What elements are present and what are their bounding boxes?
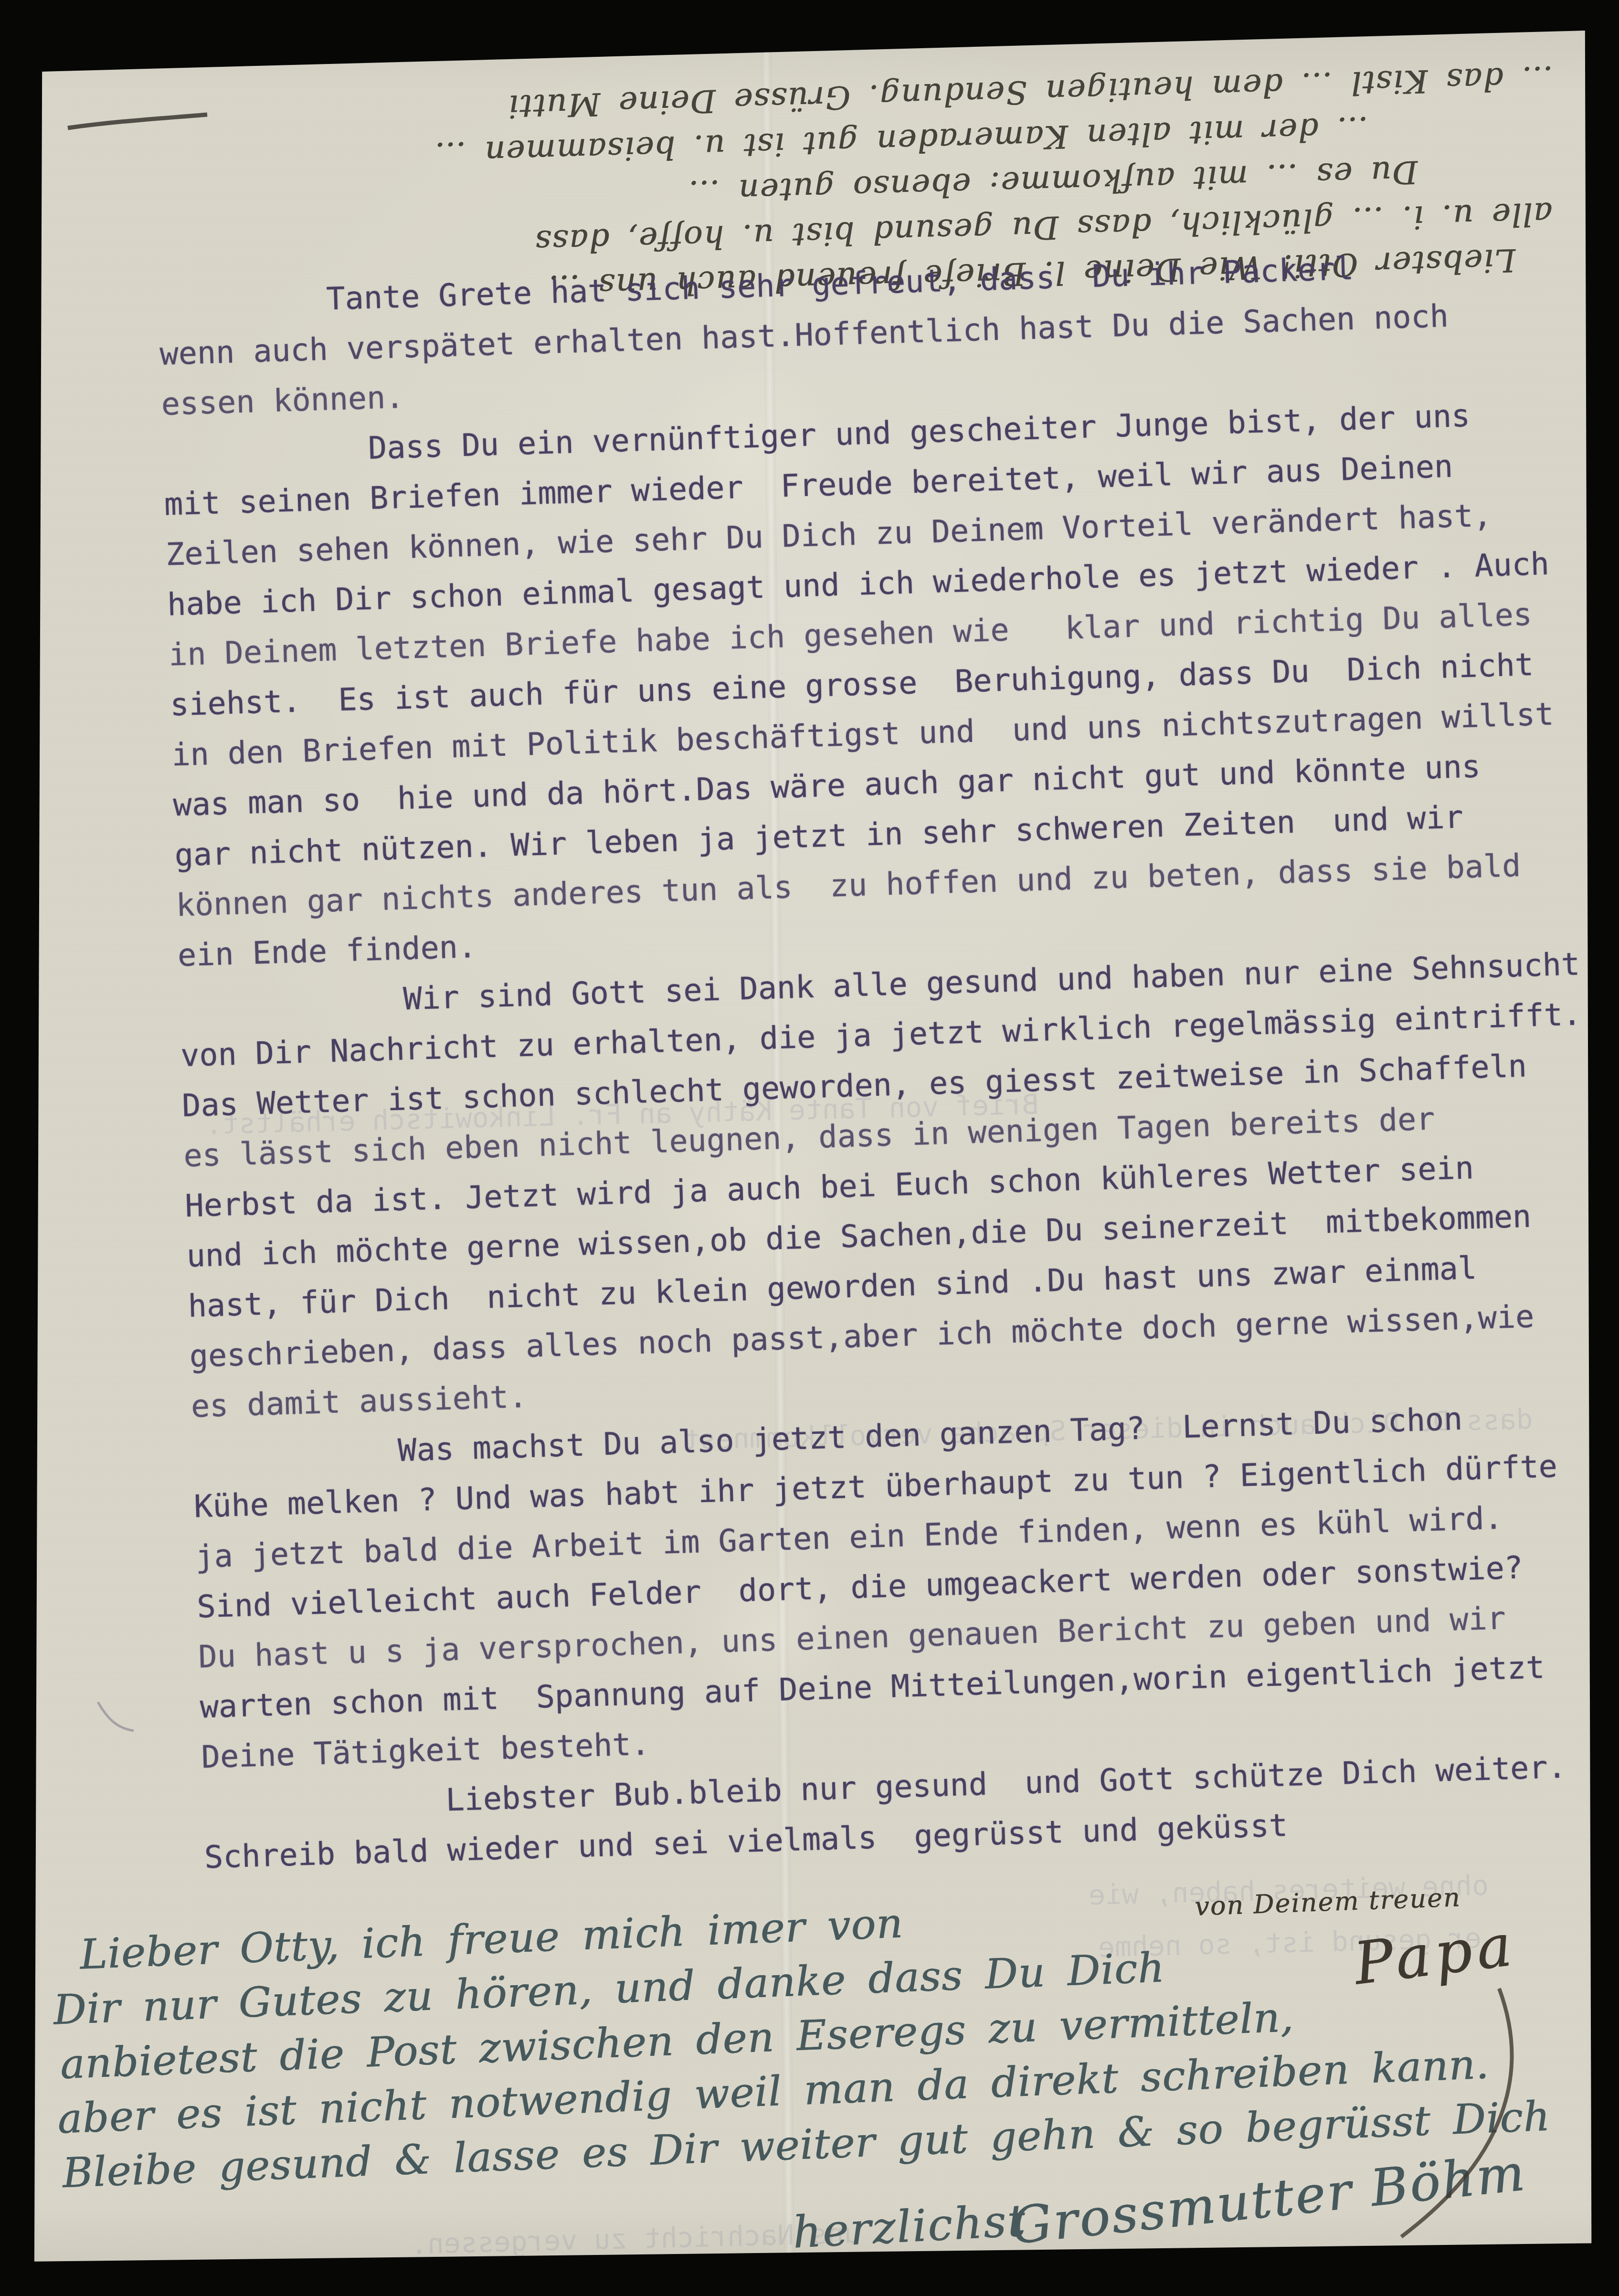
typed-line: es lässt sich eben nicht leugnen, dass i… [183,1090,1585,1181]
handwriting-line: aber es ist nicht notwendig weil man da … [56,2035,1549,2147]
bleedthrough-fragment: dass Du Dich auch in dieser Sprache verv… [682,1403,1533,1456]
ink-flourishes [0,0,1619,2296]
grandmother-note-lines: Lieber Otty, ich freue mich imer vonDir … [50,1872,1551,2201]
typed-line: Dass Du ein vernünftiger und gescheiter … [162,388,1564,480]
typed-line: Deine Tätigkeit besteht. [201,1691,1603,1783]
typed-line: ein Ende finden. [177,889,1579,981]
handwriting-line: anbietest die Post zwischen den Eseregs … [59,1980,1547,2092]
papa-flourish-stroke [1401,1989,1512,2237]
typed-line: Tante Grete hat sich sehr gefreut, dass … [158,238,1560,329]
handwritten-note-top-lines: Liebster Otti! Wie Deine l. Briefe freue… [50,54,1574,324]
typed-line: habe ich Dir schon einmal gesagt und ich… [167,539,1569,630]
typed-letter-body: Tante Grete hat sich sehr gefreut, dass … [158,238,1606,1883]
typed-line: warten schon mit Spannung auf Deine Mitt… [199,1641,1601,1733]
paper-watermark [611,296,878,611]
papa-signature: Papa [1350,1911,1520,1998]
bleedthrough-fragment: Brief von Tante Käthy an Fr. Linkowitsch… [205,1088,1039,1141]
typed-line: und ich möchte gerne wissen,ob die Sache… [186,1190,1588,1281]
grandmother-note: Lieber Otty, ich freue mich imer vonDir … [50,1872,1551,2201]
bleedthrough-fragment: ohne weiteres haben, wie [1088,1869,1489,1911]
typed-line: in Deinem letzten Briefe habe ich gesehe… [168,589,1570,680]
typed-line: Das Wetter ist schon schlecht geworden, … [181,1039,1584,1131]
typed-line: Du hast u s ja versprochen, uns einen ge… [198,1591,1600,1682]
papa-signoff: von Deinem treuen Papa [1194,1880,1518,2003]
paper-watermark [597,1026,902,1389]
letter-paper: Brief von Tante Käthy an Fr. Linkowitsch… [0,0,1619,2296]
handwritten-note-top: Liebster Otti! Wie Deine l. Briefe freue… [50,54,1574,324]
typed-line: ja jetzt bald die Arbeit im Garten ein E… [195,1491,1597,1582]
bleedthrough-fragment: uns Nachricht zu vergessen. [410,2217,861,2260]
handwriting-line: alle u. i. … glücklich, dass Du gesund b… [53,191,1553,278]
typed-line: gar nicht nützen. Wir leben ja jetzt in … [174,789,1576,880]
typed-line: Schreib bald wieder und sei vielmals geg… [204,1791,1606,1883]
typed-line: siehst. Es ist auch für uns eine grosse … [169,639,1572,730]
grandmother-signature: Grossmutter Böhm [1008,2143,1529,2256]
handwriting-line: Dir nur Gutes zu hören, und danke dass D… [52,1926,1545,2038]
handwriting-line: Du es … mit aufkomme: ebenso guten … [52,149,1418,233]
typed-line: Was machst Du also jetzt den ganzen Tag?… [192,1390,1594,1482]
letter-scan: Brief von Tante Käthy an Fr. Linkowitsch… [0,0,1619,2296]
typed-line: hast, für Dich nicht zu klein geworden s… [187,1240,1589,1332]
closing-word: herzlichst [792,2195,1028,2258]
typed-line: von Dir Nachricht zu erhalten, die ja je… [180,989,1582,1081]
typed-line: Wir sind Gott sei Dank alle gesund und h… [179,939,1581,1031]
typed-line: geschrieben, dass alles noch passt,aber … [189,1290,1591,1382]
fold-crease [761,38,795,2263]
stray-ink-mark [98,1702,134,1731]
typed-line: was man so hie und da hört.Das wäre auch… [172,739,1575,830]
handwriting-line: … das Kistl … dem heutigen Sendung. Grüs… [50,55,1554,142]
typed-line-list: Tante Grete hat sich sehr gefreut, dass … [158,238,1606,1883]
handwriting-line: Lieber Otty, ich freue mich imer von [79,1872,1543,1982]
handwriting-line: … der mit alten Kameraden gut ist u. bei… [51,105,1370,187]
typed-line: Zeilen sehen können, wie sehr Du Dich zu… [165,488,1567,580]
typed-line: können gar nichts anderes tun als zu hof… [175,839,1577,931]
handwriting-line: Liebster Otti! Wie Deine l. Briefe freue… [55,237,1516,323]
typed-line: Kühe melken ? Und was habt ihr jetzt übe… [193,1440,1596,1532]
typed-line: in den Briefen mit Politik beschäftigst … [171,689,1573,781]
handwriting-line: Bleibe gesund & lasse es Dir weiter gut … [62,2089,1551,2201]
typed-line: Liebster Bub.bleib nur gesund und Gott s… [202,1741,1604,1833]
typed-line: Sind vielleicht auch Felder dort, die um… [196,1541,1598,1632]
papa-signoff-line: von Deinem treuen [1194,1880,1515,1921]
typed-line: wenn auch verspätet erhalten hast.Hoffen… [159,288,1561,380]
paper-watermark [659,1504,878,1752]
typed-line: mit seinen Briefen immer wieder Freude b… [163,438,1566,530]
typed-line: es damit aussieht. [190,1340,1593,1432]
bleedthrough-fragment: er gesund ist, so nehme [1098,1922,1482,1964]
typed-line: essen können. [160,338,1563,430]
typed-line: Herbst da ist. Jetzt wird ja auch bei Eu… [184,1140,1587,1231]
mutti-underline-stroke [68,115,207,128]
